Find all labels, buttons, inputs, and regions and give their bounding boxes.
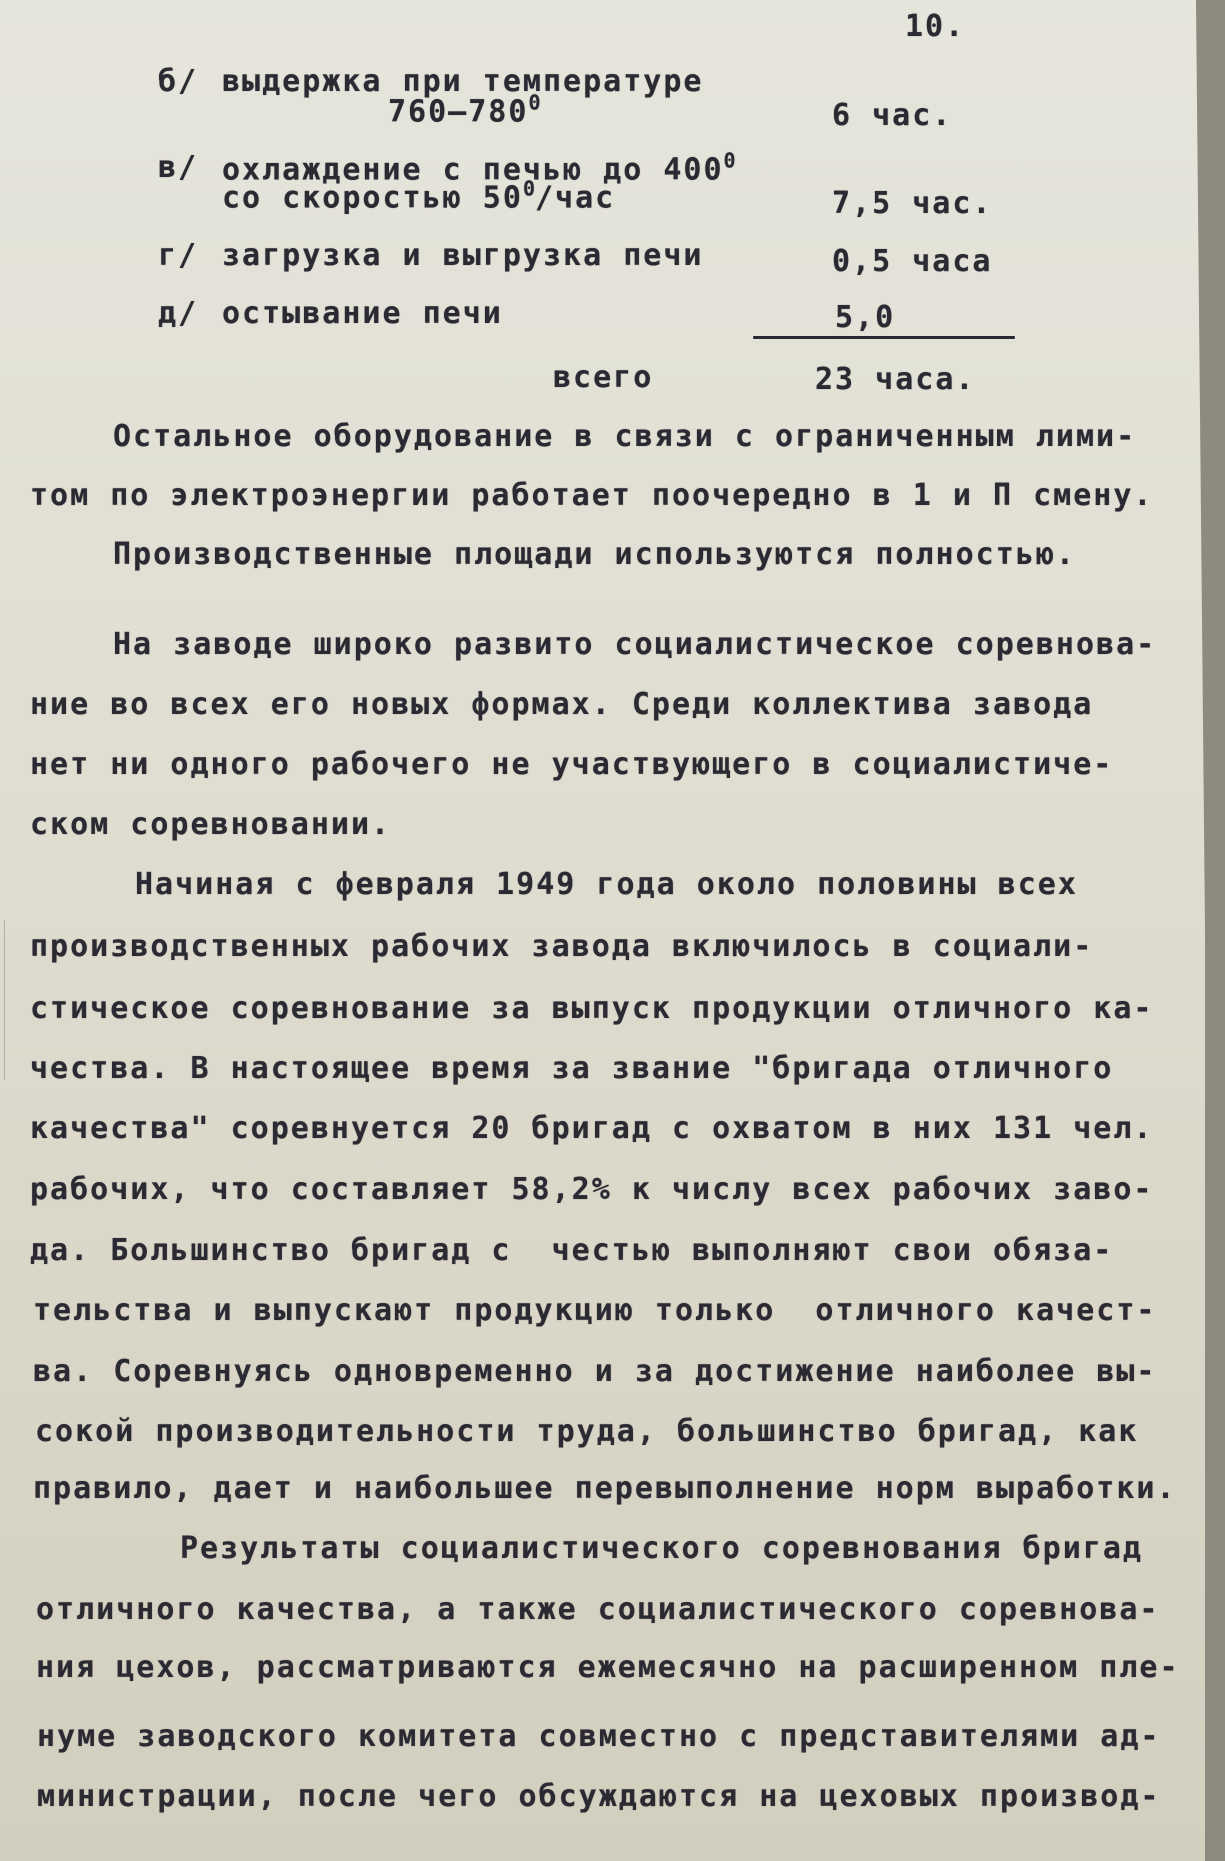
- degree-sign: 0: [724, 149, 736, 173]
- item-d-value: 5,0: [835, 303, 895, 333]
- degree-sign: 0: [528, 91, 540, 115]
- item-g-text: загрузка и выгрузка печи: [222, 241, 703, 271]
- paragraph-line: ние во всех его новых формах. Среди колл…: [30, 690, 1093, 720]
- paragraph-line: чества. В настоящее время за звание "бри…: [30, 1054, 1113, 1084]
- paragraph-line: министрации, после чего обсуждаются на ц…: [37, 1782, 1160, 1812]
- item-letter-b: б/: [158, 67, 198, 97]
- margin-pencil-line: [4, 920, 5, 1080]
- sum-rule: [753, 336, 1015, 339]
- page-number: 10.: [905, 12, 965, 42]
- item-v-text-line2: со скоростью 500/час: [222, 179, 615, 214]
- paragraph-line: ва. Соревнуясь одновременно и за достиже…: [33, 1357, 1156, 1387]
- paragraph-line: да. Большинство бригад с честью выполняю…: [30, 1236, 1113, 1266]
- paragraph-line: отличного качества, а также социалистиче…: [36, 1595, 1159, 1625]
- paragraph-line: тельства и выпускают продукцию только от…: [33, 1296, 1156, 1326]
- total-value: 23 часа.: [815, 365, 976, 395]
- item-letter-d: д/: [158, 299, 198, 329]
- paragraph-line: нет ни одного рабочего не участвующего в…: [30, 750, 1113, 780]
- paragraph-line: Остальное оборудование в связи с огранич…: [113, 422, 1136, 452]
- paragraph-line: Начиная с февраля 1949 года около полови…: [135, 870, 1078, 900]
- paragraph-line: качества" соревнуется 20 бригад с охвато…: [30, 1114, 1153, 1144]
- degree-sign: 0: [523, 177, 535, 201]
- item-b-text-line2: 760–7800: [388, 93, 540, 128]
- paragraph-line: производственных рабочих завода включило…: [30, 932, 1093, 962]
- paragraph-line: На заводе широко развито социалистическо…: [113, 630, 1156, 660]
- item-v-value: 7,5 час.: [832, 189, 993, 219]
- paragraph-line: правило, дает и наибольшее перевыполнени…: [33, 1474, 1177, 1504]
- paragraph-line: Производственные площади используются по…: [113, 540, 1076, 570]
- item-letter-g: г/: [158, 241, 198, 271]
- paragraph-line: ния цехов, рассматриваются ежемесячно на…: [36, 1653, 1180, 1683]
- document-page: 10. б/ выдержка при температуре 760–7800…: [0, 0, 1205, 1861]
- item-letter-v: в/: [158, 153, 198, 183]
- paragraph-line: стическое соревнование за выпуск продукц…: [30, 994, 1153, 1024]
- paragraph-line: рабочих, что составляет 58,2% к числу вс…: [30, 1175, 1153, 1205]
- item-g-value: 0,5 часа: [832, 247, 993, 277]
- item-b-value: 6 час.: [832, 101, 952, 131]
- paragraph-line: ском соревновании.: [30, 810, 391, 840]
- paragraph-line: нуме заводского комитета совместно с пре…: [37, 1722, 1160, 1752]
- paragraph-line: сокой производительности труда, большинс…: [35, 1417, 1138, 1447]
- paragraph-line: том по электроэнергии работает поочередн…: [30, 481, 1153, 511]
- paragraph-line: Результаты социалистического соревновани…: [180, 1534, 1143, 1564]
- total-label: всего: [553, 363, 653, 393]
- item-d-text: остывание печи: [222, 299, 503, 329]
